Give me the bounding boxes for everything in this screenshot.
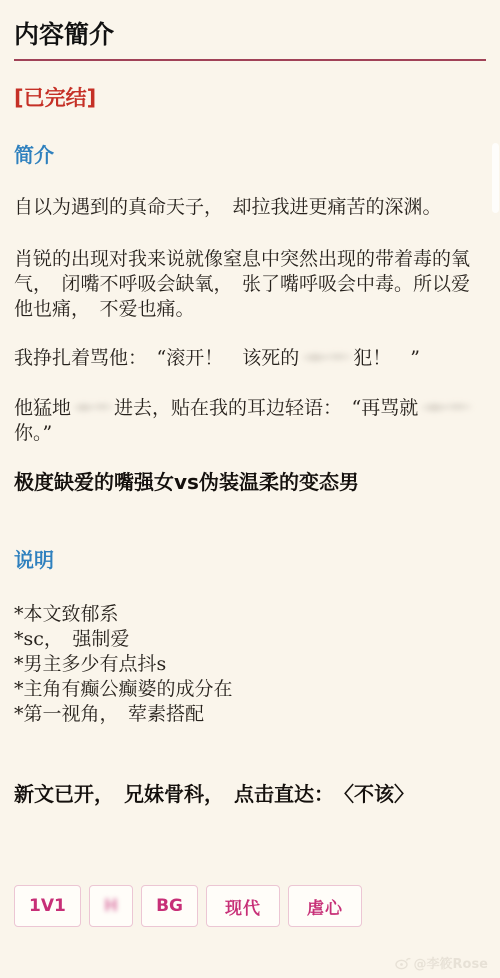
watermark-handle: @李筱Rose	[414, 953, 489, 972]
tag-bg[interactable]: BG	[141, 885, 198, 927]
tag-label: H	[104, 896, 118, 916]
censored-text	[71, 400, 114, 415]
content-intro-page: 内容簡介 [已完结] 简介 自以为遇到的真命天子， 却拉我进更痛苦的深渊。 肖锐…	[0, 0, 500, 978]
new-book-link[interactable]: 〈不该〉	[344, 782, 414, 806]
notes-heading: 说明	[14, 548, 486, 573]
note-item: *sc， 强制爱	[14, 627, 486, 652]
quote-text: 进去，贴在我的耳边轻语： “再骂就	[114, 397, 418, 419]
quote-text: 犯！ ”	[353, 347, 420, 369]
tag-label: 虐心	[307, 894, 343, 919]
quote-text: 他猛地	[14, 397, 71, 419]
censored-text	[299, 350, 353, 365]
intro-paragraph-1: 自以为遇到的真命天子， 却拉我进更痛苦的深渊。	[14, 195, 486, 220]
tag-label: 1V1	[29, 896, 66, 916]
notes-list: *本文致郁系 *sc， 强制爱 *男主多少有点抖s *主角有癫公癫婆的成分在 *…	[14, 602, 486, 727]
weibo-logo-icon	[394, 956, 411, 970]
tag-h[interactable]: H	[89, 885, 133, 927]
note-item: *本文致郁系	[14, 602, 486, 627]
intro-paragraph-4-line2: 你。”	[14, 421, 486, 446]
note-item: *主角有癫公癫婆的成分在	[14, 677, 486, 702]
tag-1v1[interactable]: 1V1	[14, 885, 81, 927]
tag-label: 现代	[225, 894, 261, 919]
tag-modern[interactable]: 现代	[206, 885, 280, 927]
title-divider	[14, 59, 486, 61]
tag-label: BG	[156, 896, 183, 916]
note-item: *第一视角， 荤素搭配	[14, 702, 486, 727]
completion-status: [已完结]	[14, 85, 486, 111]
scrollbar-thumb[interactable]	[492, 143, 499, 213]
pairing-tagline: 极度缺爱的嘴强女vs伪装温柔的变态男	[14, 469, 486, 495]
tag-angst[interactable]: 虐心	[288, 885, 362, 927]
intro-heading: 简介	[14, 143, 486, 168]
intro-paragraph-4-line1: 他猛地进去，贴在我的耳边轻语： “再骂就	[14, 396, 486, 421]
intro-paragraph-3: 我挣扎着骂他： “滚开！ 该死的犯！ ”	[14, 346, 486, 371]
new-book-text: 新文已开， 兄妹骨科， 点击直达：	[14, 782, 344, 806]
new-book-line: 新文已开， 兄妹骨科， 点击直达： 〈不该〉	[14, 781, 486, 807]
watermark: @李筱Rose	[394, 953, 489, 972]
note-item: *男主多少有点抖s	[14, 652, 486, 677]
intro-paragraph-2: 肖锐的出现对我来说就像窒息中突然出现的带着毒的氧气， 闭嘴不呼吸会缺氧， 张了嘴…	[14, 247, 486, 322]
censored-text	[418, 400, 473, 415]
page-title: 内容簡介	[14, 20, 486, 50]
quote-text: 我挣扎着骂他： “滚开！ 该死的	[14, 347, 299, 369]
tags-row: 1V1 H BG 现代 虐心	[14, 885, 486, 927]
